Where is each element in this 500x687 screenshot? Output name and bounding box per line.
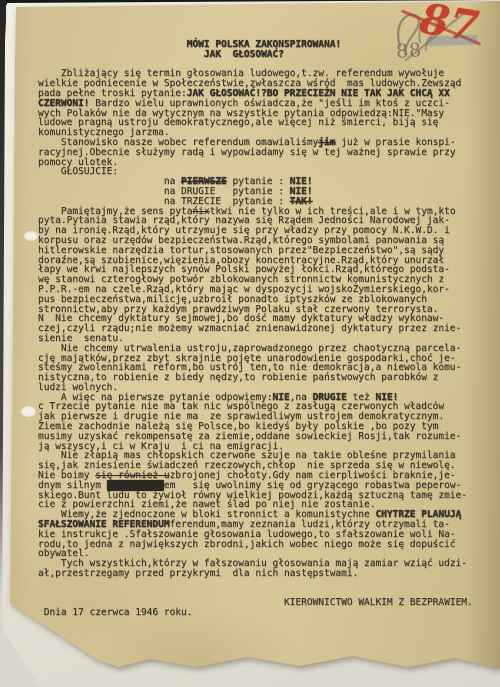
text-line [38, 579, 493, 589]
typewritten-text: MÓWI POLSKA ZAKONSPIROWANA! JAK GŁOSOWAĆ… [38, 40, 493, 618]
paper-hole [24, 231, 38, 241]
text-line: JAK GŁOSOWAĆ? [38, 50, 493, 60]
text-line: rodu,to jedna z największych zbrodni,jak… [38, 540, 493, 550]
text-line: Dnia 17 czerwca 1946 roku. [38, 608, 493, 618]
text-line: ał,przestrzegamy przed przykrymi dla nic… [38, 569, 493, 579]
scanned-document: MÓWI POLSKA ZAKONSPIROWANA! JAK GŁOSOWAĆ… [0, 0, 500, 687]
paper-hole [21, 406, 36, 417]
